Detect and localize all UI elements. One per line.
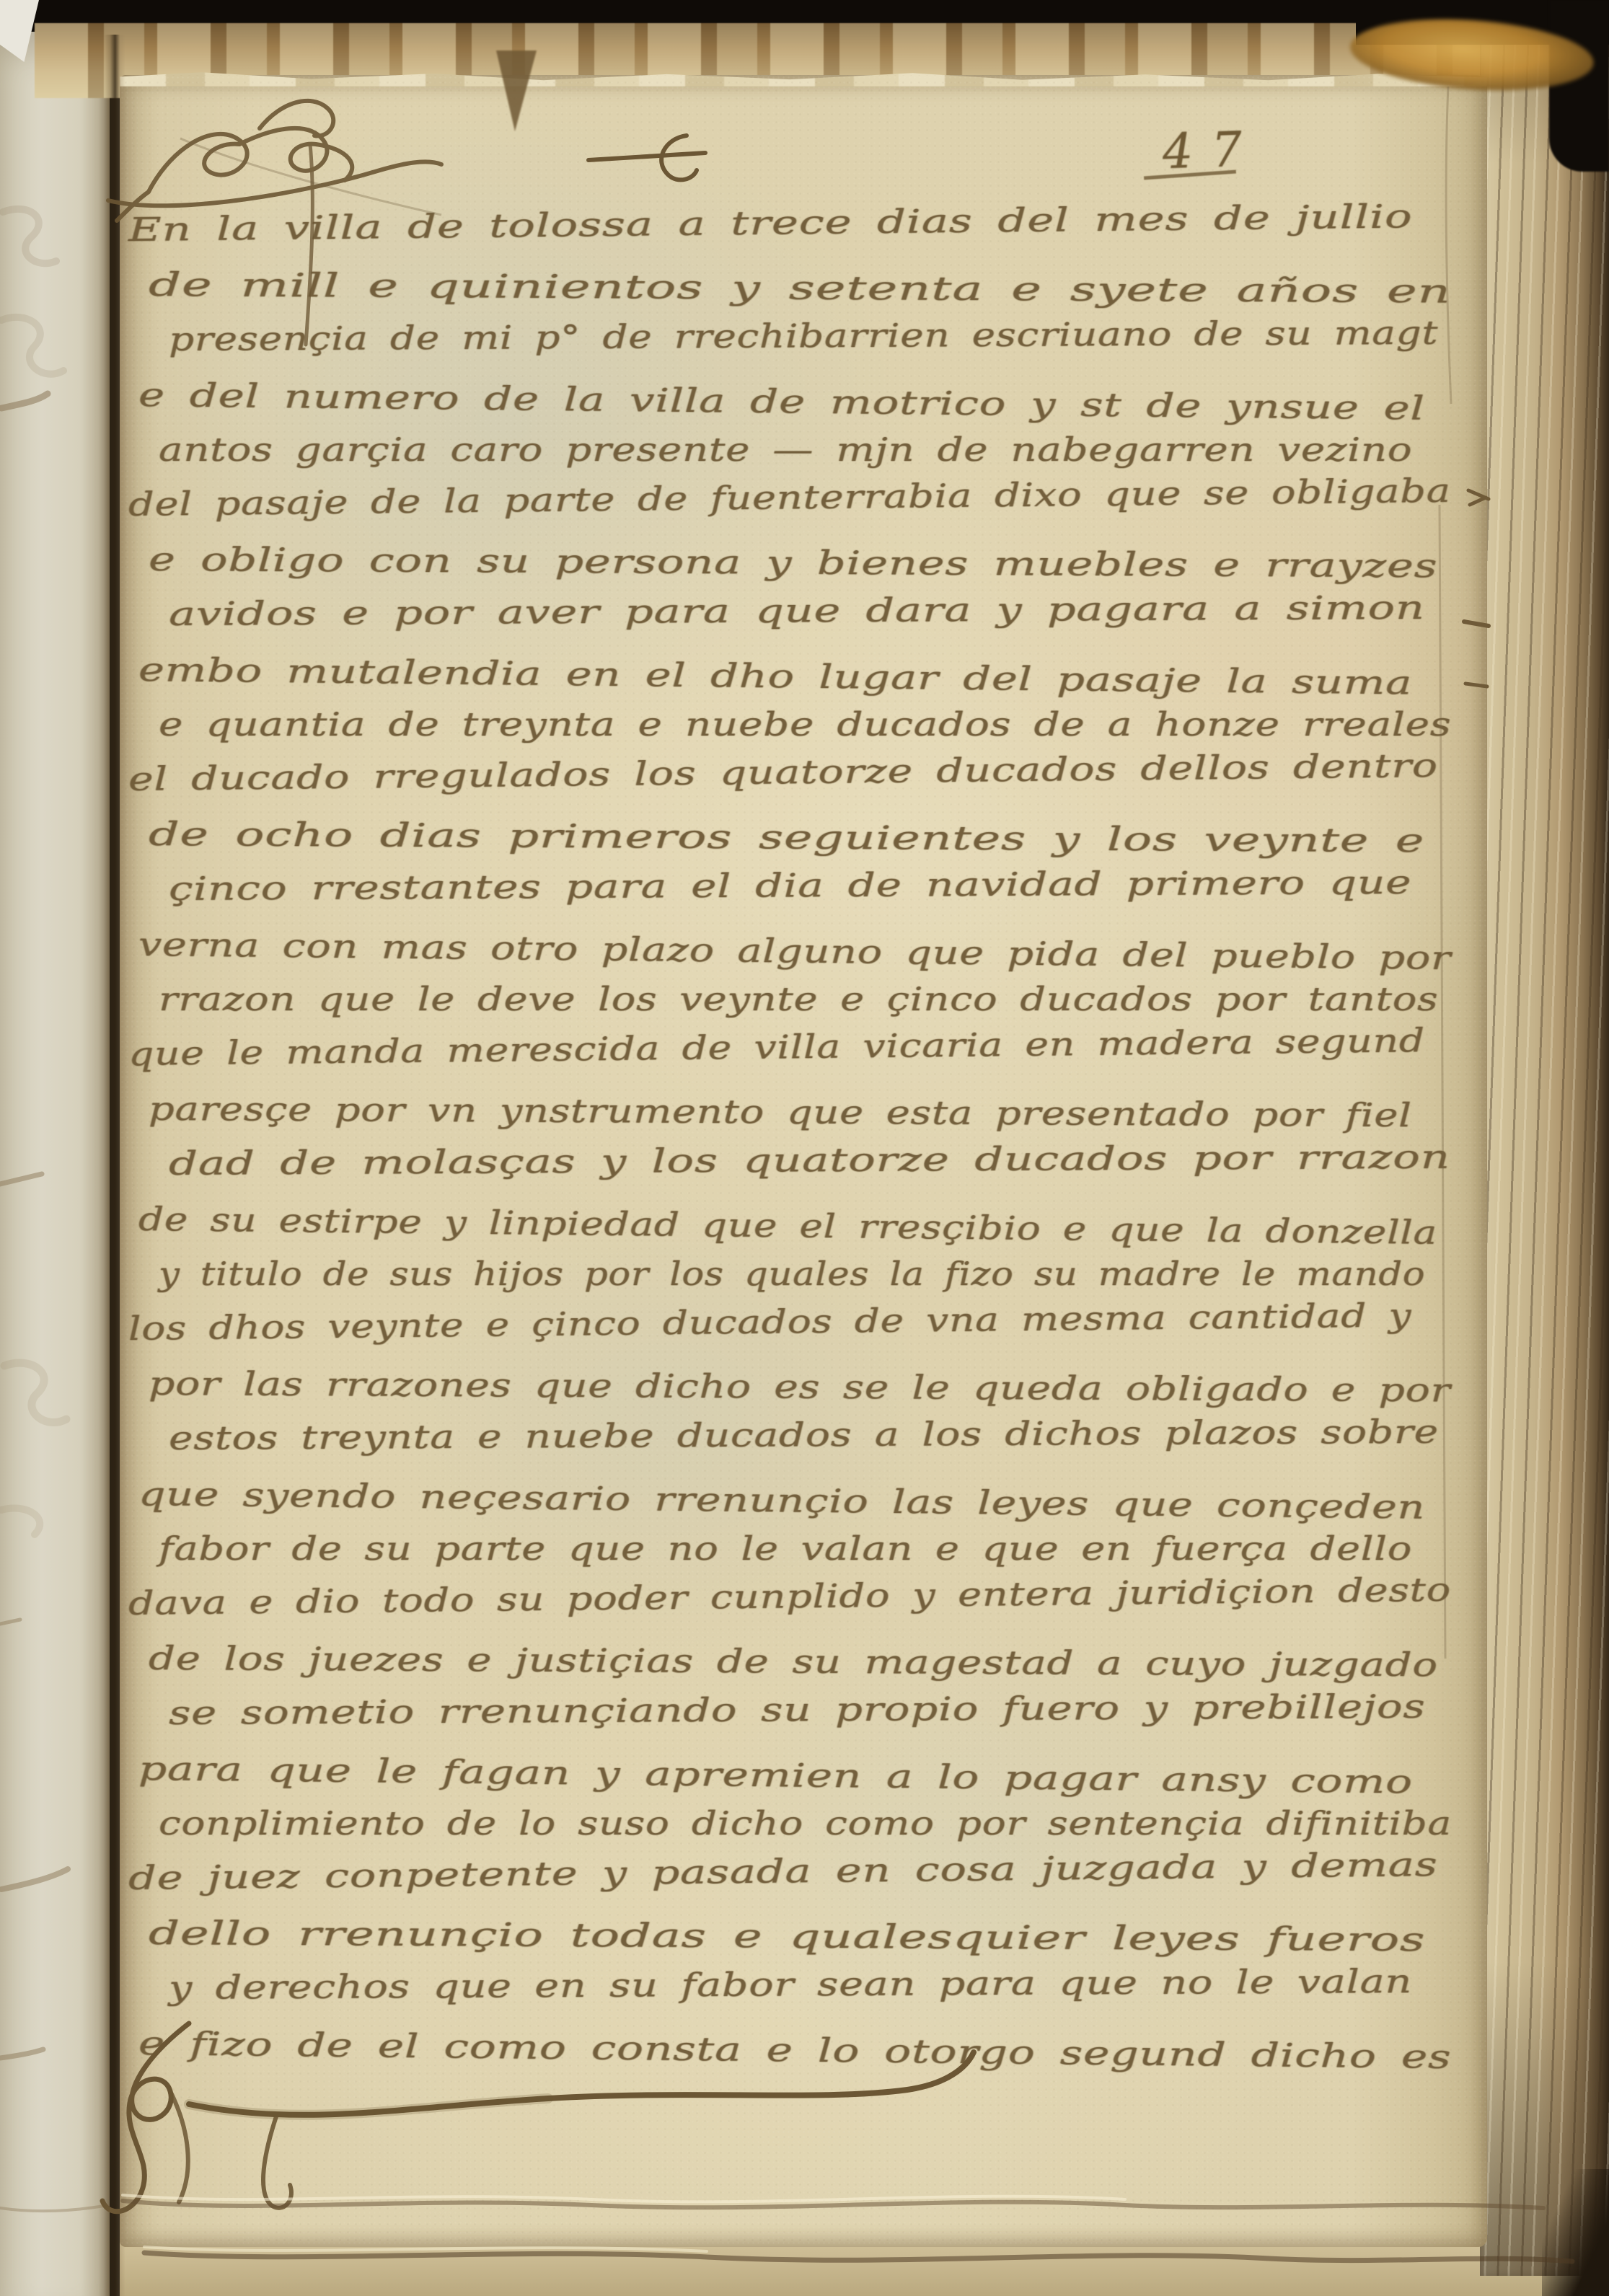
- manuscript-line: para que le fagan y apremien a lo pagar …: [138, 1752, 1413, 1798]
- manuscript-line: de su estirpe y linpiedad que el rresçib…: [138, 1203, 1437, 1249]
- manuscript-line: En la villa de tolossa a trece dias del …: [128, 200, 1413, 246]
- manuscript-line: el ducado rregulados los quatorze ducado…: [128, 749, 1438, 795]
- manuscript-line: los dhos veynte e çinco ducados de vna m…: [128, 1299, 1412, 1345]
- manuscript-line: rrazon que le deve los veynte e çinco du…: [159, 983, 1438, 1015]
- manuscript-line: de mill e quinientos y setenta e syete a…: [149, 268, 1451, 307]
- manuscript-line: paresçe por vn ynstrumento que esta pres…: [149, 1092, 1412, 1131]
- manuscript-line: y titulo de sus hijos por los quales la …: [159, 1258, 1425, 1290]
- manuscript-line: fabor de su parte que no le valan e que …: [159, 1532, 1412, 1565]
- manuscript-line: dad de molasças y los quatorze ducados p…: [169, 1141, 1450, 1180]
- folio-number: 47: [1162, 125, 1261, 177]
- manuscript-line: y derechos que en su fabor sean para que…: [169, 1965, 1412, 2004]
- manuscript-line: çinco rrestantes para el dia de navidad …: [169, 866, 1412, 905]
- manuscript-line: e obligo con su persona y bienes muebles…: [149, 543, 1438, 582]
- manuscript-line: que syendo neçesario rrenunçio las leyes…: [138, 1478, 1426, 1524]
- manuscript-line: que le manda merescida de villa vicaria …: [128, 1024, 1425, 1070]
- manuscript-photo: 47 En la villa de tolossa a trece dias d…: [0, 0, 1609, 2296]
- manuscript-line: verna con mas otro plazo alguno que pida…: [138, 928, 1452, 974]
- manuscript-line: presençia de mi p° de rrechibarrien escr…: [169, 317, 1438, 356]
- manuscript-line: e fizo de el como consta e lo otorgo seg…: [138, 2027, 1452, 2073]
- manuscript-line: e del numero de la villa de motrico y st…: [138, 379, 1425, 425]
- manuscript-line: estos treynta e nuebe ducados a los dich…: [169, 1416, 1439, 1454]
- manuscript-line: se sometio rrenunçiando su propio fuero …: [169, 1690, 1426, 1729]
- manuscript-line: dava e dio todo su poder cunplido y ente…: [128, 1573, 1451, 1620]
- manuscript-line: del pasaje de la parte de fuenterrabia d…: [128, 474, 1451, 521]
- manuscript-line: de ocho dias primeros seguientes y los v…: [149, 818, 1424, 857]
- manuscript-line: avidos e por aver para que dara y pagara…: [169, 591, 1425, 630]
- manuscript-line: antos garçia caro presente — mjn de nabe…: [159, 433, 1412, 466]
- manuscript-line: e quantia de treynta e nuebe ducados de …: [159, 708, 1451, 741]
- manuscript-line: dello rrenunçio todas e qualesquier leye…: [149, 1917, 1426, 1956]
- manuscript-line: de juez conpetente y pasada en cosa juzg…: [128, 1848, 1438, 1894]
- manuscript-text-block: En la villa de tolossa a trece dias del …: [0, 0, 1609, 2296]
- manuscript-line: embo mutalendia en el dho lugar del pasa…: [138, 653, 1413, 699]
- manuscript-line: por las rrazones que dicho es se le qued…: [149, 1367, 1451, 1406]
- manuscript-line: conplimiento de lo suso dicho como por s…: [159, 1807, 1452, 1840]
- manuscript-line: de los juezes e justiçias de su magestad…: [149, 1642, 1438, 1681]
